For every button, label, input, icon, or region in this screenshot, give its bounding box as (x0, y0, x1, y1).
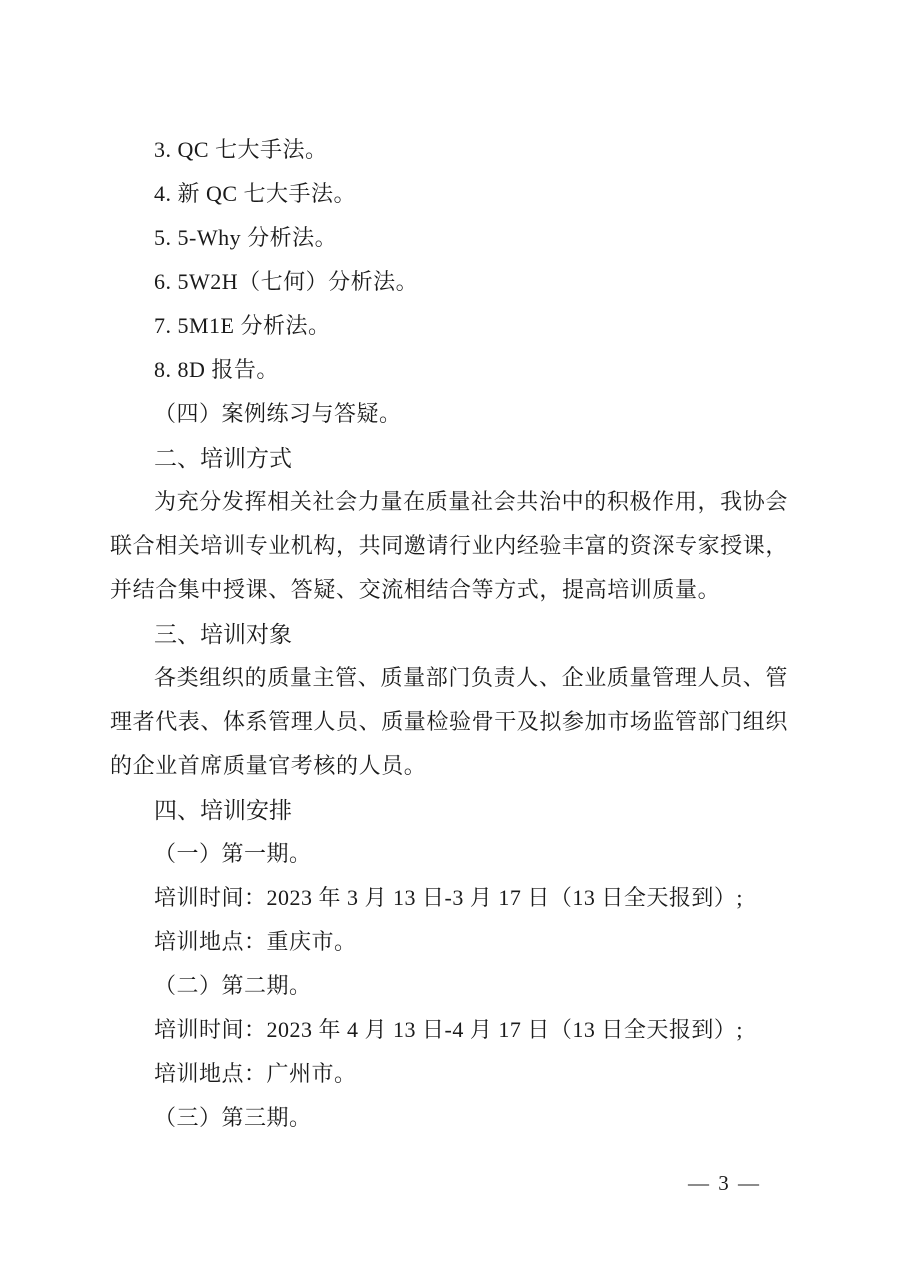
course-item-6: 6. 5W2H（七何）分析法。 (110, 260, 788, 304)
session-1-place: 培训地点：重庆市。 (110, 920, 788, 964)
course-item-8: 8. 8D 报告。 (110, 348, 788, 392)
course-item-4: 4. 新 QC 七大手法。 (110, 172, 788, 216)
course-item-5: 5. 5-Why 分析法。 (110, 216, 788, 260)
session-3-title: （三）第三期。 (110, 1096, 788, 1140)
document-page: 3. QC 七大手法。 4. 新 QC 七大手法。 5. 5-Why 分析法。 … (0, 0, 900, 1273)
section-case-practice: （四）案例练习与答疑。 (110, 392, 788, 436)
session-2-place: 培训地点：广州市。 (110, 1052, 788, 1096)
course-item-7: 7. 5M1E 分析法。 (110, 304, 788, 348)
page-number: — 3 — (688, 1168, 761, 1198)
document-body: 3. QC 七大手法。 4. 新 QC 七大手法。 5. 5-Why 分析法。 … (110, 128, 788, 1140)
heading-training-method: 二、培训方式 (110, 436, 788, 480)
session-1-title: （一）第一期。 (110, 832, 788, 876)
heading-training-schedule: 四、培训安排 (110, 788, 788, 832)
paragraph-training-method: 为充分发挥相关社会力量在质量社会共治中的积极作用，我协会联合相关培训专业机构，共… (110, 480, 788, 612)
paragraph-training-audience: 各类组织的质量主管、质量部门负责人、企业质量管理人员、管理者代表、体系管理人员、… (110, 656, 788, 788)
heading-training-audience: 三、培训对象 (110, 612, 788, 656)
course-item-3: 3. QC 七大手法。 (110, 128, 788, 172)
session-2-time: 培训时间：2023 年 4 月 13 日-4 月 17 日（13 日全天报到）; (110, 1008, 788, 1052)
session-1-time: 培训时间：2023 年 3 月 13 日-3 月 17 日（13 日全天报到）; (110, 876, 788, 920)
session-2-title: （二）第二期。 (110, 964, 788, 1008)
